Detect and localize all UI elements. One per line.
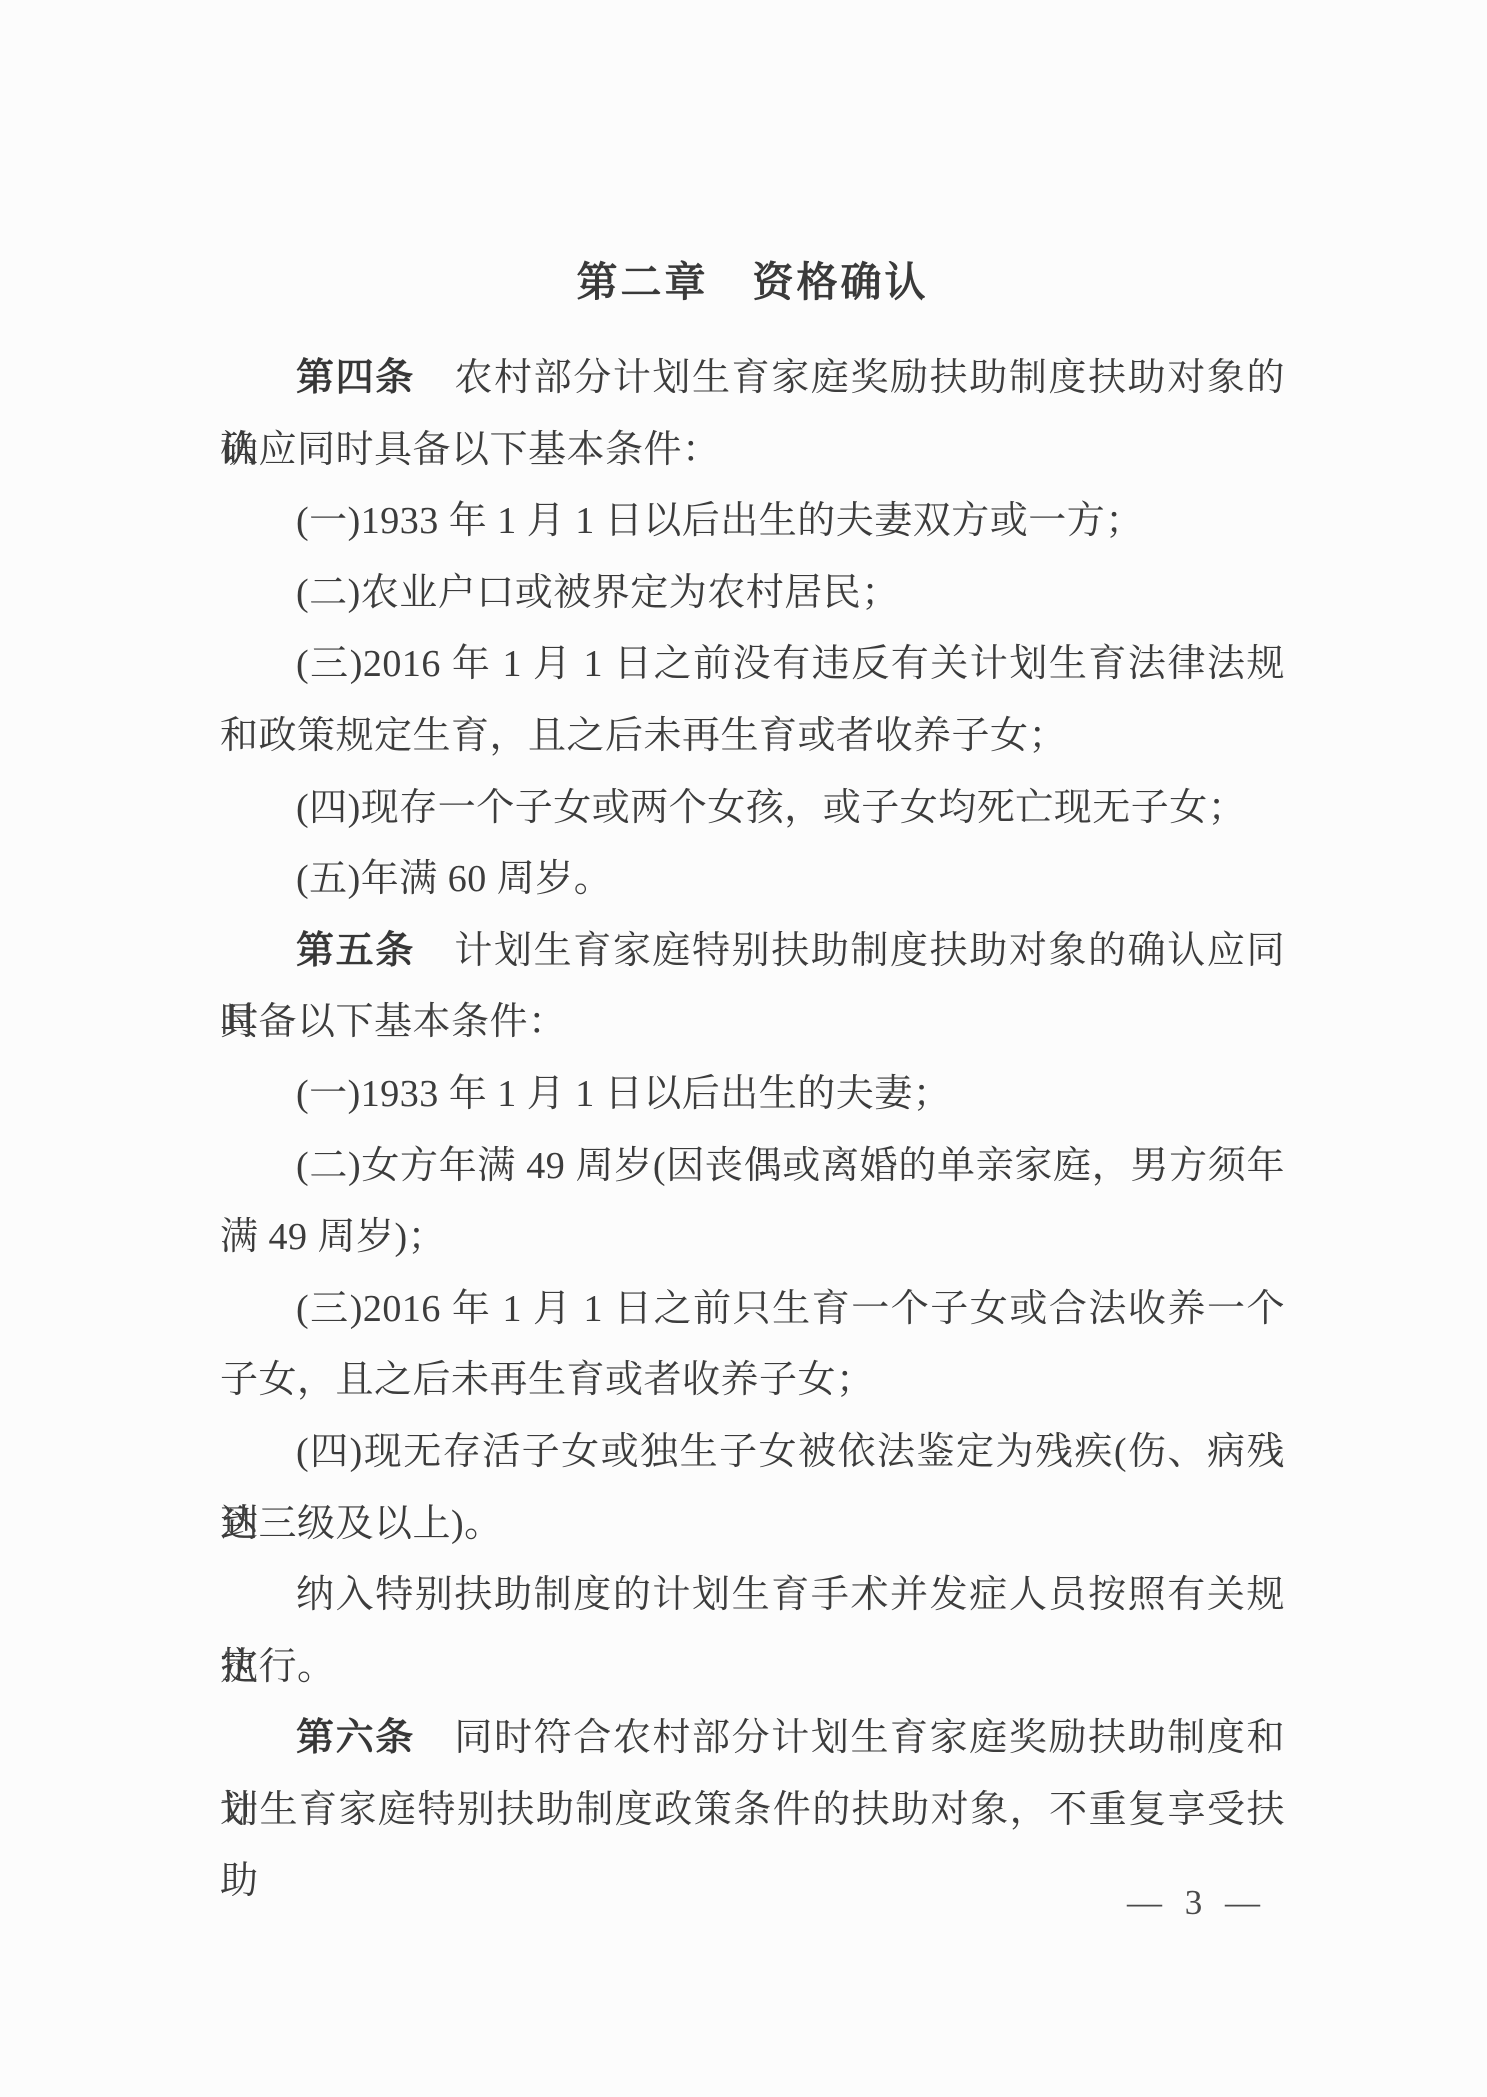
text-line: 子女，且之后未再生育或者收养子女； [220, 1345, 1285, 1417]
line-text: (二)农业户口或被界定为农村居民； [296, 572, 900, 614]
chapter-heading: 第二章 资格确认 [220, 257, 1285, 307]
line-text: 划生育家庭特别扶助制度政策条件的扶助对象，不重复享受扶助 [220, 1789, 1285, 1903]
line-text: 执行。 [220, 1646, 336, 1688]
text-line: 纳入特别扶助制度的计划生育手术并发症人员按照有关规定 [220, 1560, 1285, 1632]
text-line: (一)1933 年 1 月 1 日以后出生的夫妻双方或一方； [220, 486, 1285, 558]
article-number: 第四条 [296, 357, 415, 399]
page-number: — 3 — [1127, 1878, 1262, 1928]
article-number: 第六条 [296, 1717, 415, 1759]
line-text: (三)2016 年 1 月 1 日之前只生育一个子女或合法收养一个 [296, 1288, 1285, 1330]
text-line: (四)现无存活子女或独生子女被依法鉴定为残疾(伤、病残达 [220, 1417, 1285, 1489]
text-line: (三)2016 年 1 月 1 日之前只生育一个子女或合法收养一个 [220, 1274, 1285, 1346]
text-line: 执行。 [220, 1632, 1285, 1704]
line-text: 具备以下基本条件： [220, 1001, 567, 1043]
line-text: (一)1933 年 1 月 1 日以后出生的夫妻双方或一方； [296, 500, 1144, 542]
document-body: 第二章 资格确认 第四条 农村部分计划生育家庭奖励扶助制度扶助对象的确 认应同时… [220, 257, 1285, 1846]
text-line: (二)女方年满 49 周岁(因丧偶或离婚的单亲家庭，男方须年 [220, 1131, 1285, 1203]
text-line: (二)农业户口或被界定为农村居民； [220, 558, 1285, 630]
text-line: 第四条 农村部分计划生育家庭奖励扶助制度扶助对象的确 [220, 343, 1285, 415]
text-line: (一)1933 年 1 月 1 日以后出生的夫妻； [220, 1059, 1285, 1131]
line-text: 满 49 周岁)； [220, 1216, 446, 1258]
line-text: 认应同时具备以下基本条件： [220, 429, 721, 471]
document-page: 第二章 资格确认 第四条 农村部分计划生育家庭奖励扶助制度扶助对象的确 认应同时… [0, 0, 1487, 2097]
line-text: (五)年满 60 周岁。 [296, 858, 612, 900]
line-text: (二)女方年满 49 周岁(因丧偶或离婚的单亲家庭，男方须年 [296, 1145, 1285, 1187]
article-number: 第五条 [296, 930, 415, 972]
text-line: 划生育家庭特别扶助制度政策条件的扶助对象，不重复享受扶助 [220, 1775, 1285, 1847]
line-text: 子女，且之后未再生育或者收养子女； [220, 1359, 875, 1401]
text-line: 具备以下基本条件： [220, 987, 1285, 1059]
text-line: (三)2016 年 1 月 1 日之前没有违反有关计划生育法律法规 [220, 629, 1285, 701]
text-line: 到三级及以上)。 [220, 1489, 1285, 1561]
text-line: 认应同时具备以下基本条件： [220, 415, 1285, 487]
text-line: 和政策规定生育，且之后未再生育或者收养子女； [220, 701, 1285, 773]
line-text: 和政策规定生育，且之后未再生育或者收养子女； [220, 715, 1067, 757]
text-line: 第六条 同时符合农村部分计划生育家庭奖励扶助制度和计 [220, 1703, 1285, 1775]
line-text: (一)1933 年 1 月 1 日以后出生的夫妻； [296, 1073, 951, 1115]
line-text: (四)现存一个子女或两个女孩，或子女均死亡现无子女； [296, 787, 1246, 829]
text-line: 第五条 计划生育家庭特别扶助制度扶助对象的确认应同时 [220, 916, 1285, 988]
text-line: (五)年满 60 周岁。 [220, 844, 1285, 916]
line-text: (三)2016 年 1 月 1 日之前没有违反有关计划生育法律法规 [296, 643, 1285, 685]
text-line: (四)现存一个子女或两个女孩，或子女均死亡现无子女； [220, 773, 1285, 845]
line-text: 到三级及以上)。 [220, 1503, 503, 1545]
text-line: 满 49 周岁)； [220, 1202, 1285, 1274]
